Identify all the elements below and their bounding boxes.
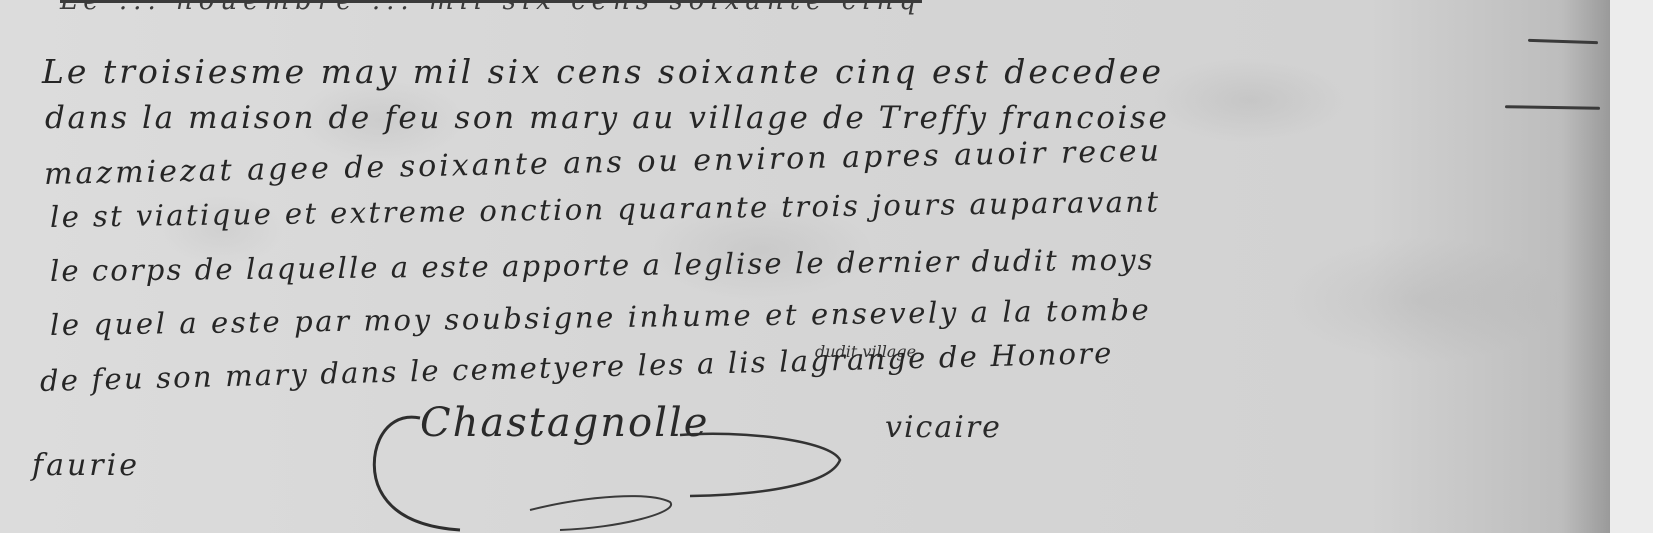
margin-dash-2 (1505, 105, 1600, 110)
manuscript-line-6: le quel a este par moy soubsigne inhume … (50, 293, 1152, 342)
margin-dash-1 (1528, 39, 1598, 44)
manuscript-line-3: mazmiezat agee de soixante ans ou enviro… (44, 134, 1163, 192)
manuscript-line-1: Le troisiesme may mil six cens soixante … (42, 52, 1164, 91)
signature-name: Chastagnolle (420, 400, 709, 446)
manuscript-line-5: le corps de laquelle a este apporte a le… (50, 242, 1155, 288)
witness-name: faurie (32, 448, 140, 483)
struck-through-line: Le ... nouembre ... mil six cens soixant… (60, 0, 1260, 16)
manuscript-page: Le ... nouembre ... mil six cens soixant… (0, 0, 1613, 533)
page-edge-margin (1610, 0, 1653, 533)
signature-title: vicaire (885, 410, 1002, 445)
manuscript-line-2: dans la maison de feu son mary au villag… (45, 100, 1169, 136)
manuscript-line-4: le st viatique et extreme onction quaran… (50, 184, 1161, 234)
manuscript-line-7: de feu son mary dans le cemetyere les a … (40, 336, 1114, 398)
